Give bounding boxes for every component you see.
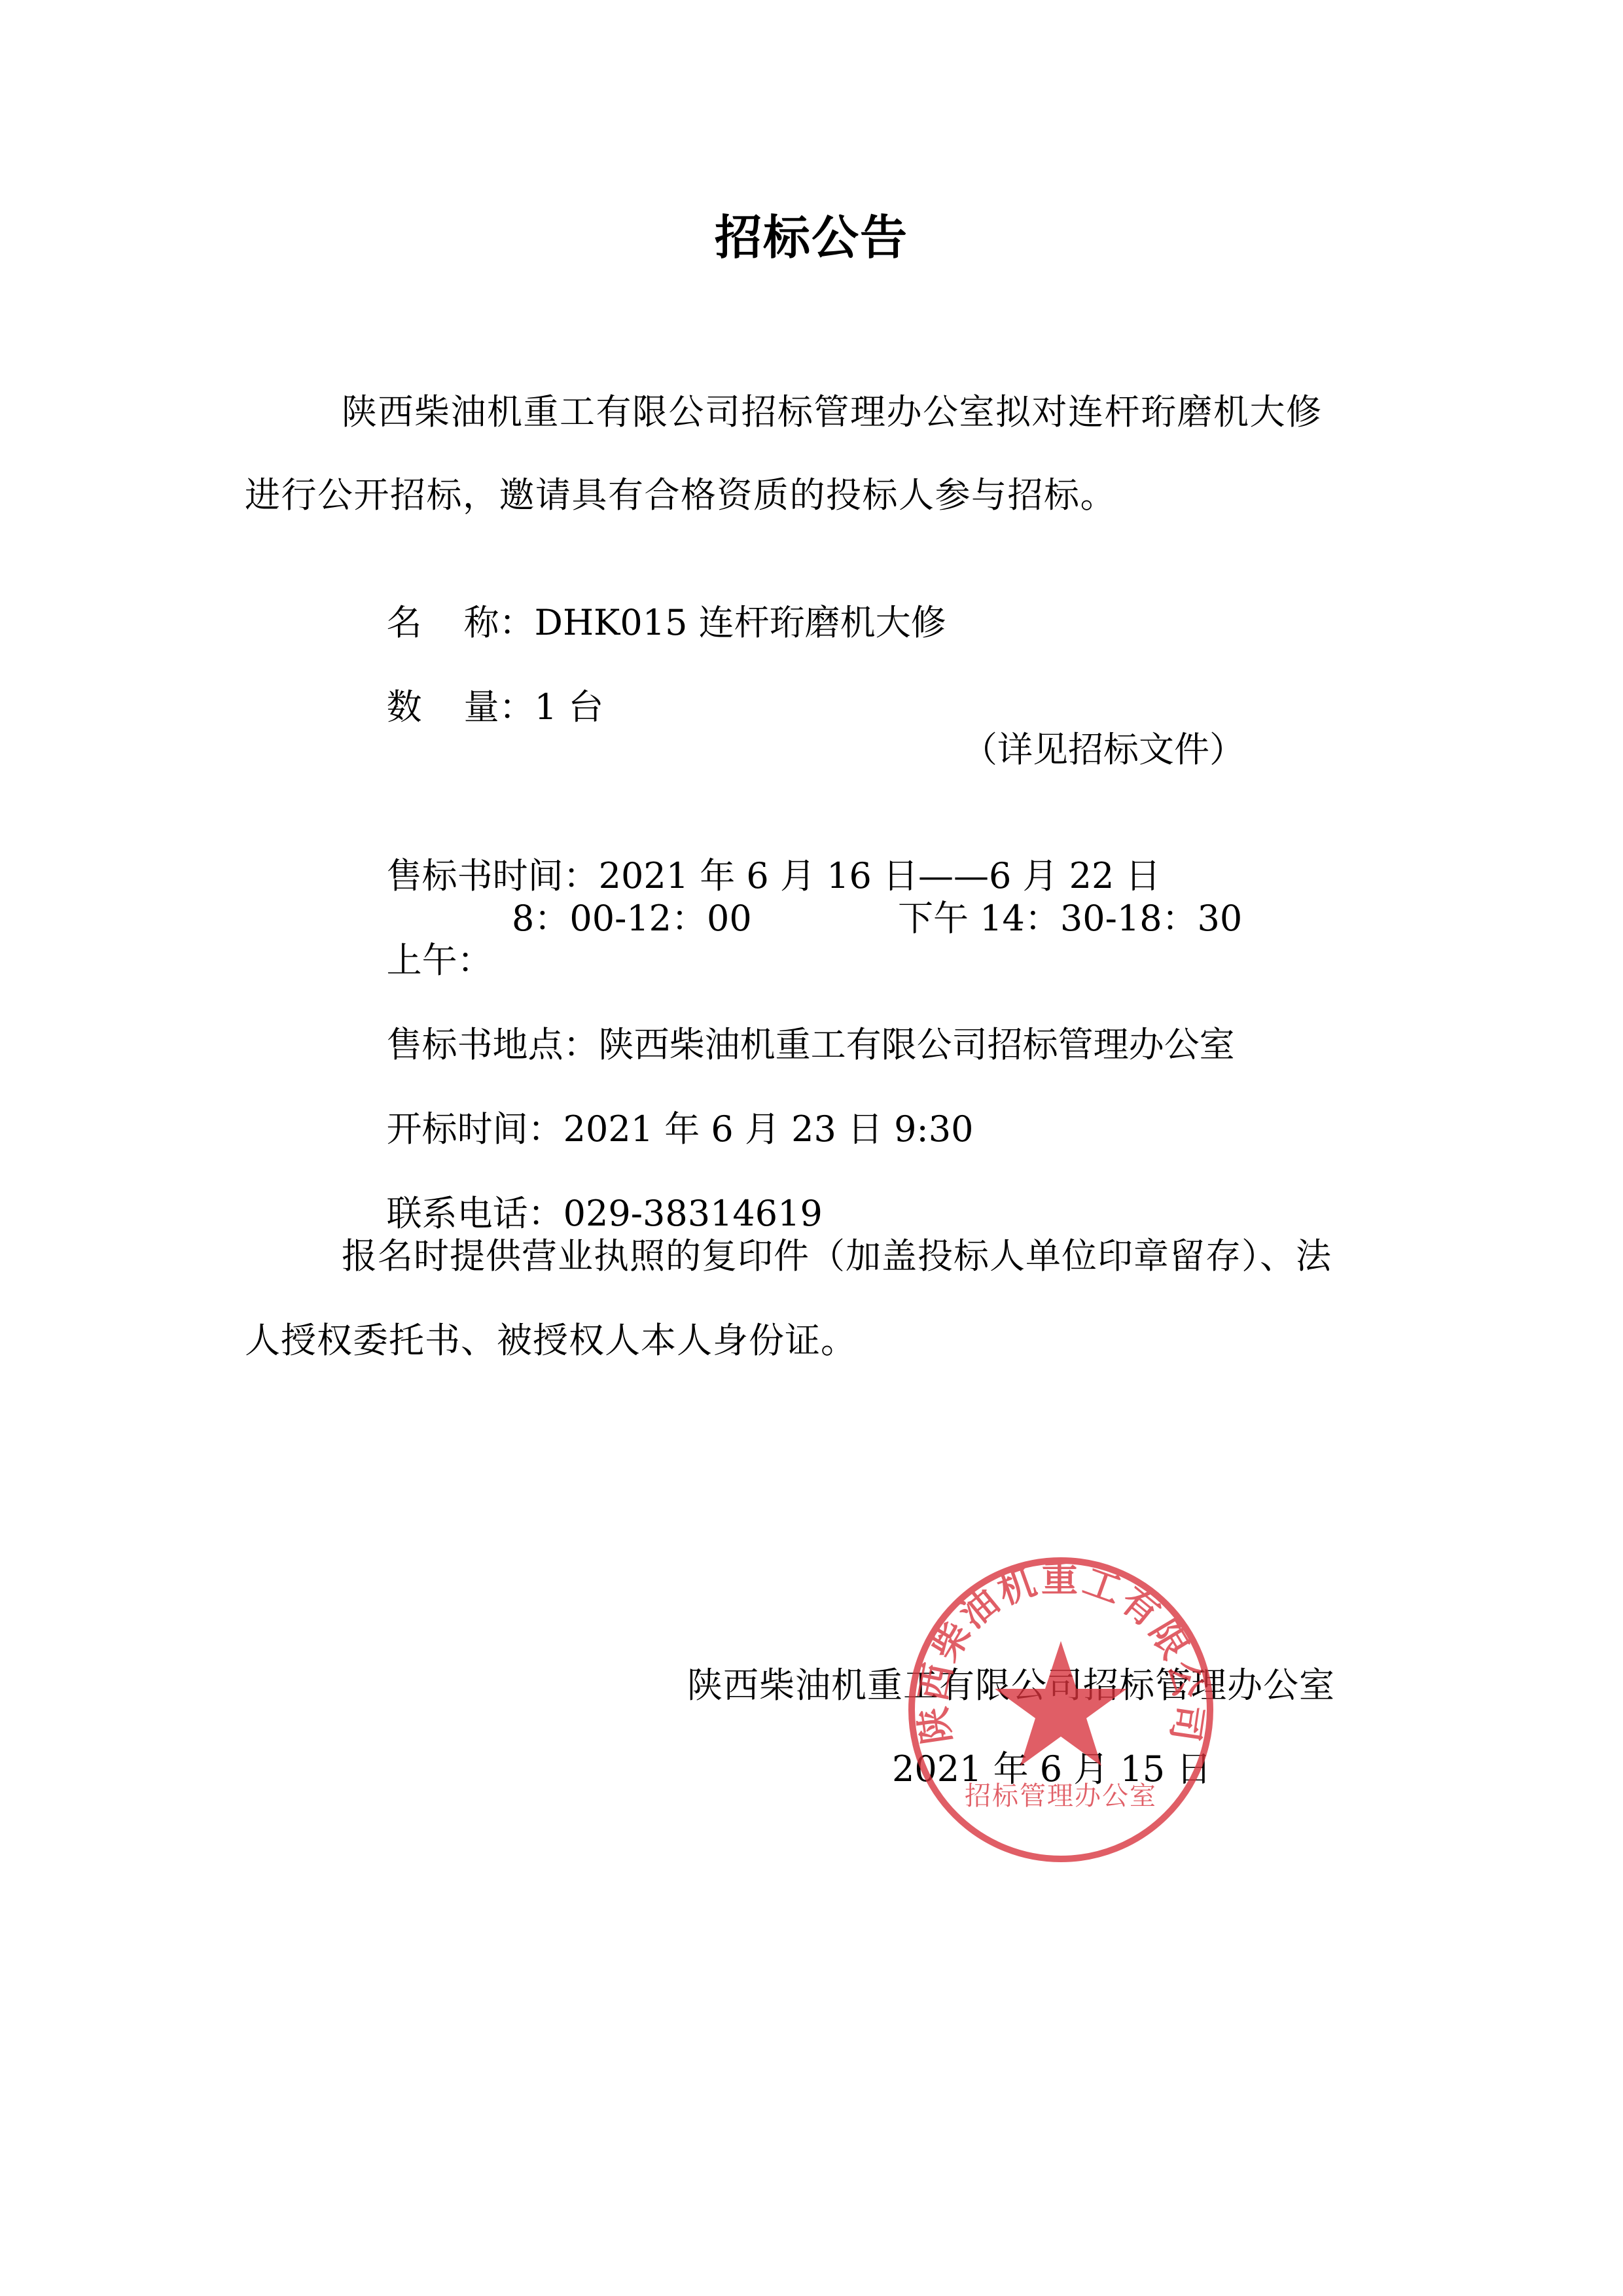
field-name-label-2: 称：	[464, 602, 535, 643]
field-hours: 上午： 8：00-12：00 下午 14：30-18：30	[342, 898, 1258, 940]
field-opening-time-value: 2021 年 6 月 23 日 9:30	[563, 1108, 974, 1150]
official-seal: 陕西柴油机重工有限公司 招标管理办公室	[907, 1556, 1215, 1863]
signature-date: 2021 年 6 月 15 日	[892, 1748, 1211, 1790]
hours-am-value: 8：00-12：00	[512, 898, 752, 940]
page-title: 招标公告	[0, 208, 1623, 267]
field-phone-label: 联系电话：	[387, 1193, 563, 1234]
field-phone-value: 029-38314619	[563, 1193, 823, 1234]
hours-am-label: 上午：	[387, 940, 493, 981]
field-sale-place-value: 陕西柴油机重工有限公司招标管理办公室	[599, 1024, 1235, 1065]
field-quantity: 数量：1 台	[342, 645, 603, 770]
signature-organization: 陕西柴油机重工有限公司招标管理办公室	[687, 1665, 1335, 1706]
requirements-line-1: 报名时提供营业执照的复印件（加盖投标人单位印章留存）、法	[342, 1235, 1332, 1277]
seal-top-text: 陕西柴油机重工有限公司	[912, 1558, 1210, 1746]
see-bid-document-note: （详见招标文件）	[962, 729, 1245, 771]
intro-paragraph-line-2: 进行公开招标，邀请具有合格资质的投标人参与招标。	[245, 474, 1116, 516]
intro-paragraph-line-1: 陕西柴油机重工有限公司招标管理办公室拟对连杆珩磨机大修	[342, 391, 1323, 433]
svg-text:陕西柴油机重工有限公司: 陕西柴油机重工有限公司	[912, 1558, 1210, 1746]
requirements-line-2: 人授权委托书、被授权人本人身份证。	[245, 1320, 857, 1362]
hours-pm: 下午 14：30-18：30	[898, 898, 1242, 940]
field-quantity-value: 1 台	[535, 686, 604, 728]
field-name-value: DHK015 连杆珩磨机大修	[535, 602, 946, 643]
field-quantity-label-2: 量：	[464, 686, 535, 728]
document-page: 招标公告 陕西柴油机重工有限公司招标管理办公室拟对连杆珩磨机大修 进行公开招标，…	[0, 0, 1623, 2296]
field-sale-time-value: 2021 年 6 月 16 日——6 月 22 日	[599, 855, 1161, 896]
field-sale-time-label: 售标书时间：	[387, 855, 599, 896]
field-name-label-1: 名	[387, 602, 464, 644]
field-quantity-label-1: 数	[387, 686, 464, 728]
field-opening-time-label: 开标时间：	[387, 1108, 563, 1150]
field-sale-place-label: 售标书地点：	[387, 1024, 599, 1065]
